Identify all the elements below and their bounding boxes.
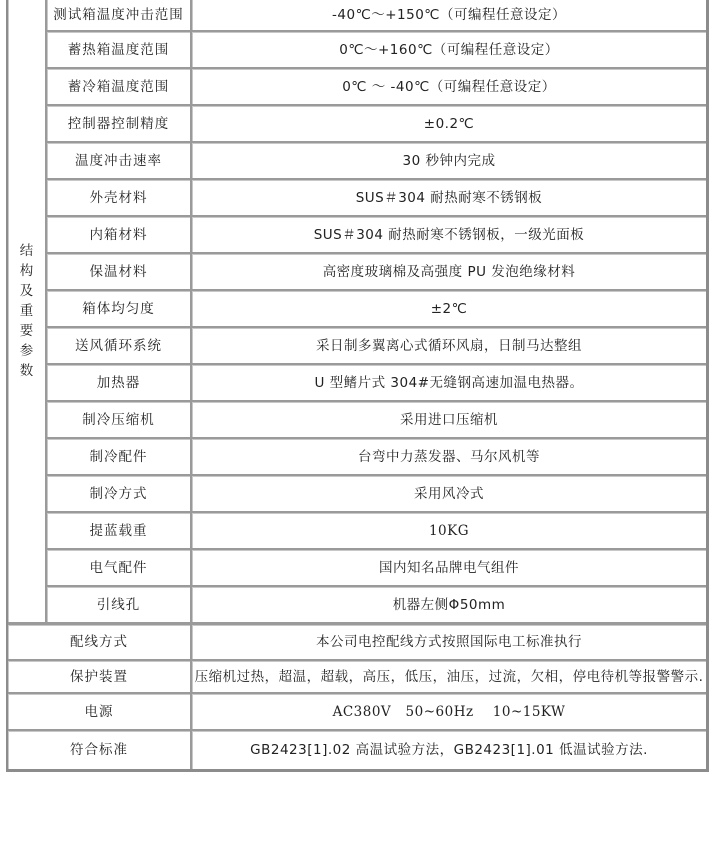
- table-row: 结 构 及 重 要 参 数 测试箱温度冲击范围 -40℃～+150℃（可编程任意…: [8, 0, 706, 32]
- param-name: 加热器: [47, 365, 192, 402]
- param-value: 0℃ ～ -40℃（可编程任意设定）: [192, 69, 706, 106]
- param-value: 10KG: [192, 513, 706, 550]
- table-row: 制冷压缩机 采用进口压缩机: [8, 402, 706, 439]
- spec-table: 结 构 及 重 要 参 数 测试箱温度冲击范围 -40℃～+150℃（可编程任意…: [6, 0, 709, 772]
- param-value: 高密度玻璃棉及高强度 PU 发泡绝缘材料: [192, 254, 706, 291]
- param-name: 保温材料: [47, 254, 192, 291]
- table-row: 符合标准 GB2423[1].02 高温试验方法，GB2423[1].01 低温…: [8, 731, 706, 769]
- param-value: SUS＃304 耐热耐寒不锈钢板: [192, 180, 706, 217]
- param-name: 电气配件: [47, 550, 192, 587]
- param-name: 蓄热箱温度范围: [47, 32, 192, 69]
- param-name: 符合标准: [8, 731, 192, 769]
- table-row: 控制器控制精度 ±0.2℃: [8, 106, 706, 143]
- param-value: GB2423[1].02 高温试验方法，GB2423[1].01 低温试验方法.: [192, 731, 706, 769]
- table-row: 提蓝载重 10KG: [8, 513, 706, 550]
- table-row: 配线方式 本公司电控配线方式按照国际电工标准执行: [8, 624, 706, 661]
- param-name: 箱体均匀度: [47, 291, 192, 328]
- param-name: 制冷配件: [47, 439, 192, 476]
- param-name: 制冷压缩机: [47, 402, 192, 439]
- table-row: 电源 AC380V 50~60Hz 10~15KW: [8, 694, 706, 731]
- table-row: 加热器 U 型鳍片式 304#无缝钢高速加温电热器。: [8, 365, 706, 402]
- param-name: 内箱材料: [47, 217, 192, 254]
- group-label-char: 数: [10, 361, 43, 381]
- group-label-char: 参: [10, 341, 43, 361]
- table-row: 箱体均匀度 ±2℃: [8, 291, 706, 328]
- table-row: 蓄热箱温度范围 0℃～+160℃（可编程任意设定）: [8, 32, 706, 69]
- group-label-char: 及: [10, 281, 43, 301]
- param-name: 制冷方式: [47, 476, 192, 513]
- param-name: 配线方式: [8, 624, 192, 661]
- param-name: 外壳材料: [47, 180, 192, 217]
- param-value: 30 秒钟内完成: [192, 143, 706, 180]
- param-value: 0℃～+160℃（可编程任意设定）: [192, 32, 706, 69]
- param-value: AC380V 50~60Hz 10~15KW: [192, 694, 706, 731]
- param-name: 蓄冷箱温度范围: [47, 69, 192, 106]
- param-name: 送风循环系统: [47, 328, 192, 365]
- table-row: 内箱材料 SUS＃304 耐热耐寒不锈钢板，一级光面板: [8, 217, 706, 254]
- group-label-char: 要: [10, 321, 43, 341]
- param-value: 采用进口压缩机: [192, 402, 706, 439]
- table-row: 制冷配件 台弯中力蒸发器、马尔风机等: [8, 439, 706, 476]
- param-value: U 型鳍片式 304#无缝钢高速加温电热器。: [192, 365, 706, 402]
- param-name: 保护装置: [8, 661, 192, 694]
- param-value: 压缩机过热，超温，超载，高压，低压，油压，过流，欠相，停电待机等报警警示.: [192, 661, 706, 694]
- table-row: 制冷方式 采用风冷式: [8, 476, 706, 513]
- table-row: 外壳材料 SUS＃304 耐热耐寒不锈钢板: [8, 180, 706, 217]
- param-value: 本公司电控配线方式按照国际电工标准执行: [192, 624, 706, 661]
- param-name: 测试箱温度冲击范围: [47, 0, 192, 32]
- param-name: 电源: [8, 694, 192, 731]
- param-value: 采日制多翼离心式循环风扇，日制马达整组: [192, 328, 706, 365]
- group-label-char: 重: [10, 301, 43, 321]
- param-name: 温度冲击速率: [47, 143, 192, 180]
- param-name: 控制器控制精度: [47, 106, 192, 143]
- param-name: 引线孔: [47, 587, 192, 624]
- param-value: 采用风冷式: [192, 476, 706, 513]
- group-label-char: 结: [10, 241, 43, 261]
- group-label-char: 构: [10, 261, 43, 281]
- table-row: 电气配件 国内知名品牌电气组件: [8, 550, 706, 587]
- param-value: 机器左侧Φ50mm: [192, 587, 706, 624]
- table-row: 送风循环系统 采日制多翼离心式循环风扇，日制马达整组: [8, 328, 706, 365]
- group-label-structure-params: 结 构 及 重 要 参 数: [8, 0, 47, 624]
- param-value: 台弯中力蒸发器、马尔风机等: [192, 439, 706, 476]
- table-row: 保护装置 压缩机过热，超温，超载，高压，低压，油压，过流，欠相，停电待机等报警警…: [8, 661, 706, 694]
- param-value: ±2℃: [192, 291, 706, 328]
- param-value: SUS＃304 耐热耐寒不锈钢板，一级光面板: [192, 217, 706, 254]
- param-name: 提蓝载重: [47, 513, 192, 550]
- param-value: ±0.2℃: [192, 106, 706, 143]
- table-row: 蓄冷箱温度范围 0℃ ～ -40℃（可编程任意设定）: [8, 69, 706, 106]
- table-row: 保温材料 高密度玻璃棉及高强度 PU 发泡绝缘材料: [8, 254, 706, 291]
- param-value: 国内知名品牌电气组件: [192, 550, 706, 587]
- table-row: 引线孔 机器左侧Φ50mm: [8, 587, 706, 624]
- table-row: 温度冲击速率 30 秒钟内完成: [8, 143, 706, 180]
- param-value: -40℃～+150℃（可编程任意设定）: [192, 0, 706, 32]
